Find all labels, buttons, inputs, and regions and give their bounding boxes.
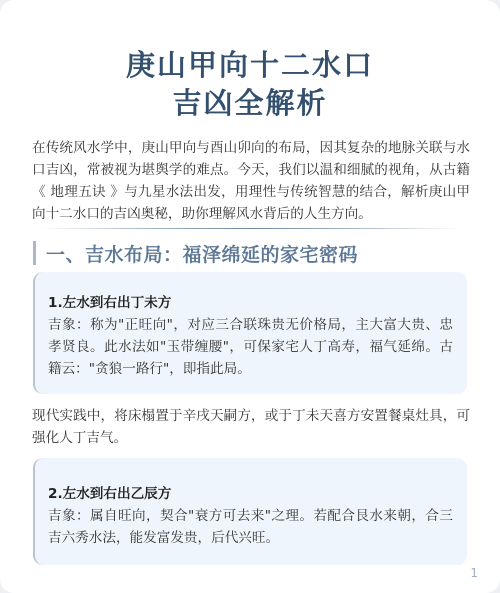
intro-paragraph: 在传统风水学中，庚山甲向与酉山卯向的布局，因其复杂的地脉关联与水口吉凶，常被视为… bbox=[32, 137, 470, 225]
section-accent-bar bbox=[33, 241, 36, 265]
section-divider bbox=[40, 228, 460, 229]
practice-paragraph: 现代实践中，将床榻置于辛戌天嗣方，或于丁未天喜方安置餐桌灶具，可强化人丁吉气。 bbox=[32, 405, 470, 449]
page-title: 庚山甲向十二水口 吉凶全解析 bbox=[0, 46, 500, 122]
page-number: 1 bbox=[470, 566, 478, 580]
section-heading: 一、吉水布局：福泽绵延的家宅密码 bbox=[33, 241, 358, 265]
card-title: 2.左水到右出乙辰方 bbox=[48, 483, 453, 505]
card-body: 吉象：属自旺向，契合"衰方可去来"之理。若配合艮水来朝，合三吉六秀水法，能发富发… bbox=[48, 505, 453, 549]
info-card: 2.左水到右出乙辰方 吉象：属自旺向，契合"衰方可去来"之理。若配合艮水来朝，合… bbox=[33, 458, 467, 565]
info-card: 1.左水到右出丁未方 吉象：称为"正旺向"，对应三合联珠贵无价格局，主大富大贵、… bbox=[33, 272, 467, 394]
title-line-2: 吉凶全解析 bbox=[0, 84, 500, 122]
document-page: 庚山甲向十二水口 吉凶全解析 在传统风水学中，庚山甲向与酉山卯向的布局，因其复杂… bbox=[0, 0, 500, 593]
title-line-1: 庚山甲向十二水口 bbox=[0, 46, 500, 84]
card-body: 吉象：称为"正旺向"，对应三合联珠贵无价格局，主大富大贵、忠孝贤良。此水法如"玉… bbox=[48, 314, 453, 380]
card-title: 1.左水到右出丁未方 bbox=[48, 292, 453, 314]
section-title: 一、吉水布局：福泽绵延的家宅密码 bbox=[46, 240, 358, 267]
